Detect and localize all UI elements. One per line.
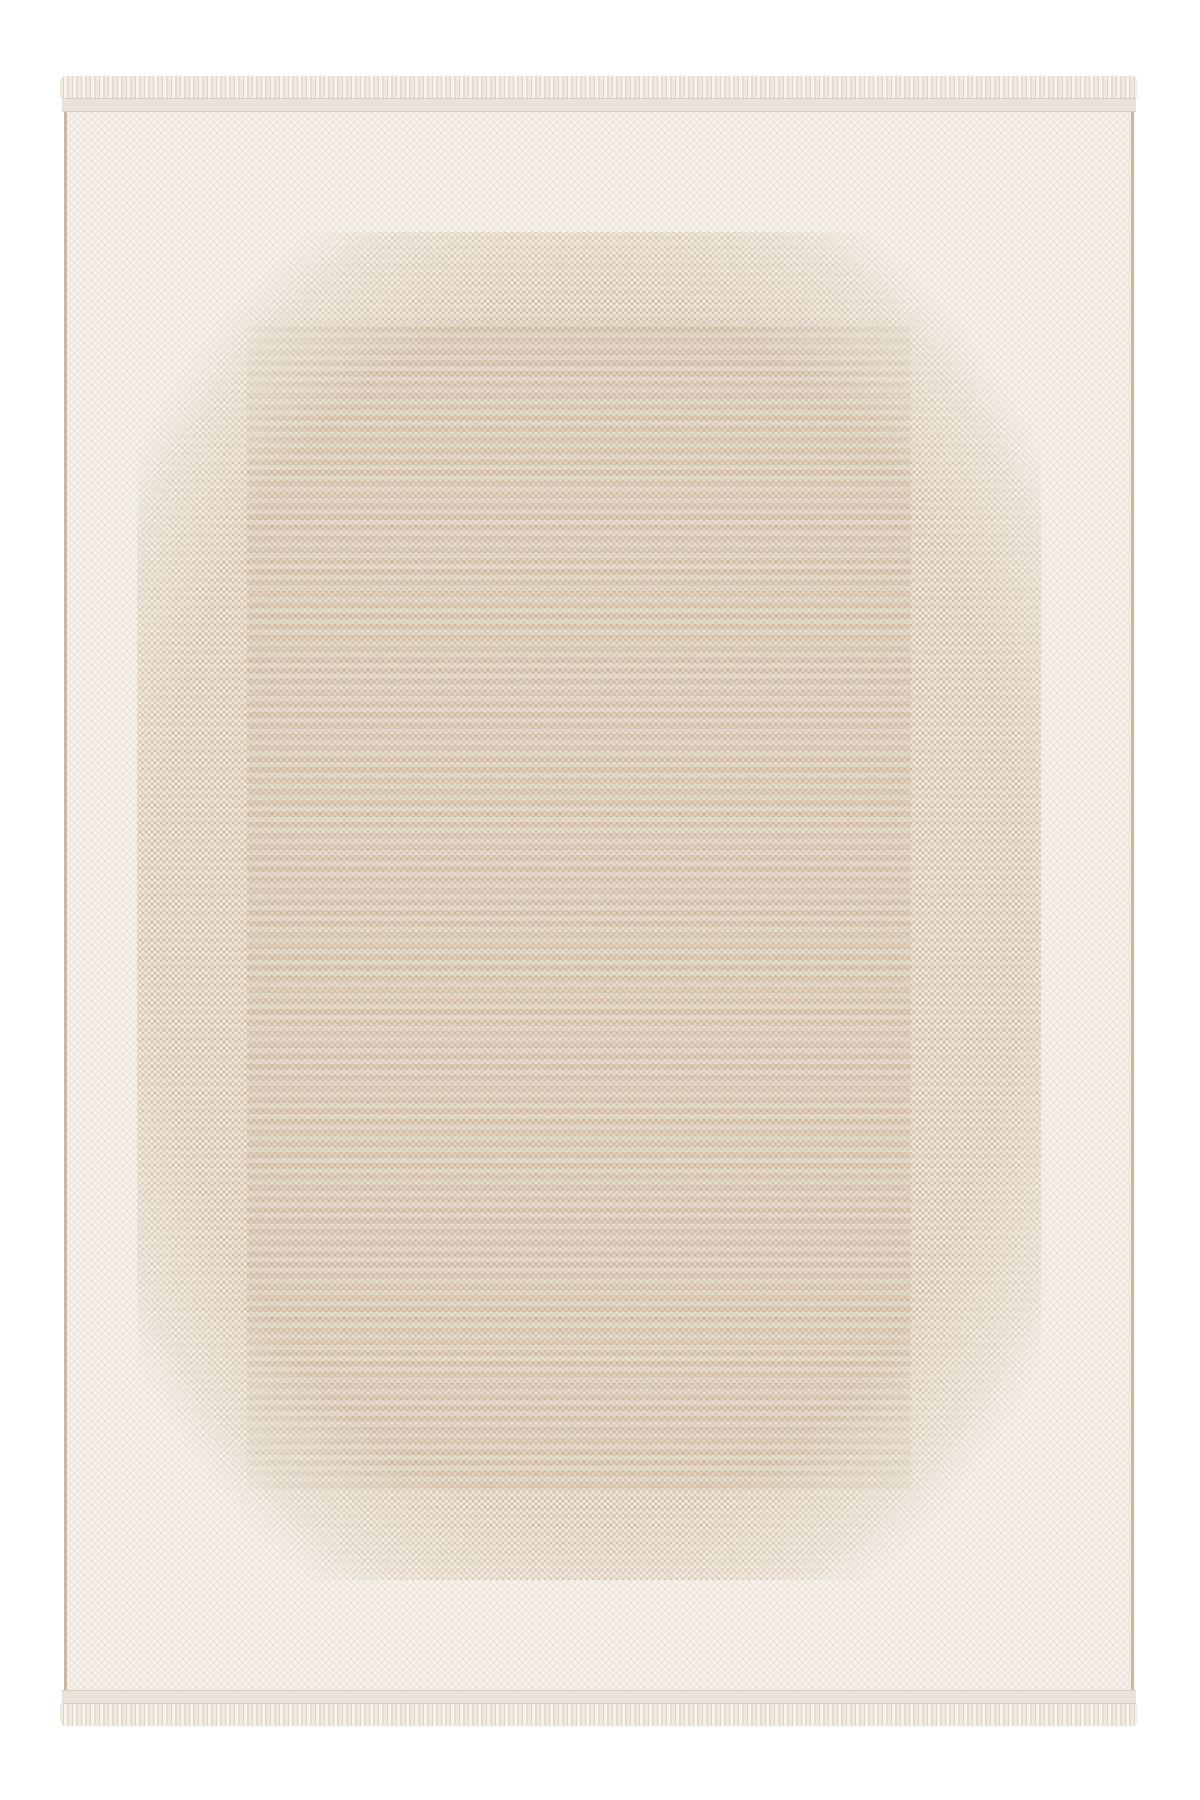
rug — [60, 76, 1138, 1726]
top-binding — [62, 98, 1136, 112]
central-field — [137, 232, 1041, 1580]
bottom-fringe — [60, 1704, 1138, 1726]
rug-body — [64, 112, 1134, 1690]
top-fringe — [60, 76, 1138, 98]
central-field-core — [247, 322, 911, 1490]
bottom-binding — [62, 1690, 1136, 1704]
